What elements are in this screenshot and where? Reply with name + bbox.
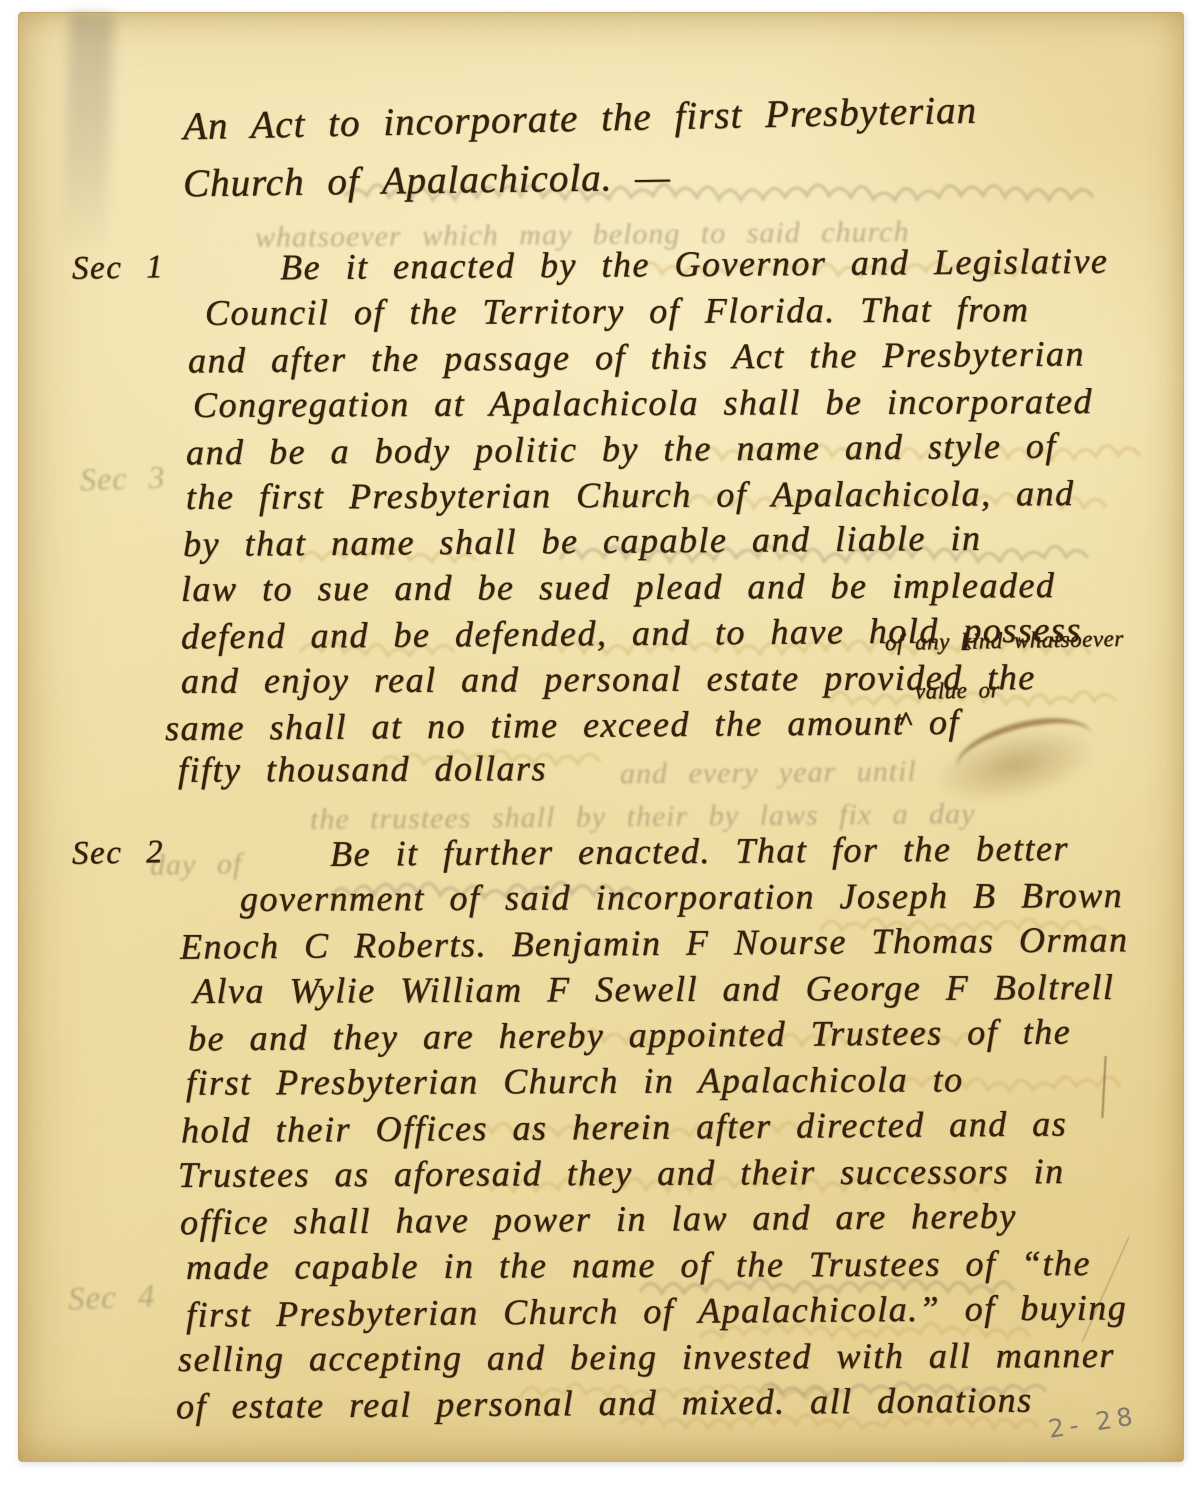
manuscript-line: same shall at no time exceed the amount … [165,701,960,749]
manuscript-line: selling accepting and being invested wit… [178,1334,1115,1380]
bleedthrough-text: Sec 4 [67,1278,156,1318]
manuscript-line: Enoch C Roberts. Benjamin F Nourse Thoma… [180,918,1129,967]
manuscript-line: by that name shall be capable and liable… [183,517,982,565]
section-label: Sec 2 [72,834,165,873]
interlined-insertion: value or [915,677,1000,704]
manuscript-line: Congregation at Apalachicola shall be in… [193,380,1093,426]
bleedthrough-text: Sec 3 [79,459,166,499]
bleedthrough-text: and every year until [620,755,917,792]
manuscript-line: Be it enacted by the Governor and Legisl… [280,240,1109,289]
manuscript-line: Be it further enacted. That for the bett… [330,827,1069,875]
manuscript-line: made capable in the name of the Trustees… [186,1242,1091,1288]
manuscript-line: office shall have power in law and are h… [180,1195,1017,1244]
section-label: Sec 1 [72,249,165,288]
manuscript-line: Alva Wylie William F Sewell and George F… [193,966,1115,1012]
interlined-insertion: of any kind whatsoever [885,626,1124,656]
manuscript-line: fifty thousand dollars [178,747,547,791]
manuscript-line: the first Presbyterian Church of Apalach… [186,472,1075,518]
stain-streak [62,13,114,249]
manuscript-line: Trustees as aforesaid they and their suc… [178,1150,1065,1196]
manuscript-line: hold their Offices as herein after direc… [181,1103,1068,1152]
manuscript-line: be and they are hereby appointed Trustee… [188,1011,1071,1060]
scanned-document-page: whatsoever which may belong to said chur… [0,0,1200,1486]
manuscript-line: Council of the Territory of Florida. Tha… [205,288,1030,334]
manuscript-line: law to sue and be sued plead and be impl… [181,564,1056,610]
manuscript-line: and enjoy real and personal estate provi… [181,656,1036,702]
manuscript-line: first Presbyterian Church of Apalachicol… [186,1286,1127,1335]
document-title-line: Church of Apalachicola. — [183,155,671,207]
manuscript-line: of estate real personal and mixed. all d… [176,1379,1033,1428]
insertion-caret: ^ [898,706,915,737]
manuscript-line: and be a body politic by the name and st… [186,425,1057,474]
manuscript-line: first Presbyterian Church in Apalachicol… [186,1058,964,1103]
manuscript-line: government of said incorporation Joseph … [240,874,1123,920]
manuscript-line: and after the passage of this Act the Pr… [188,332,1085,381]
